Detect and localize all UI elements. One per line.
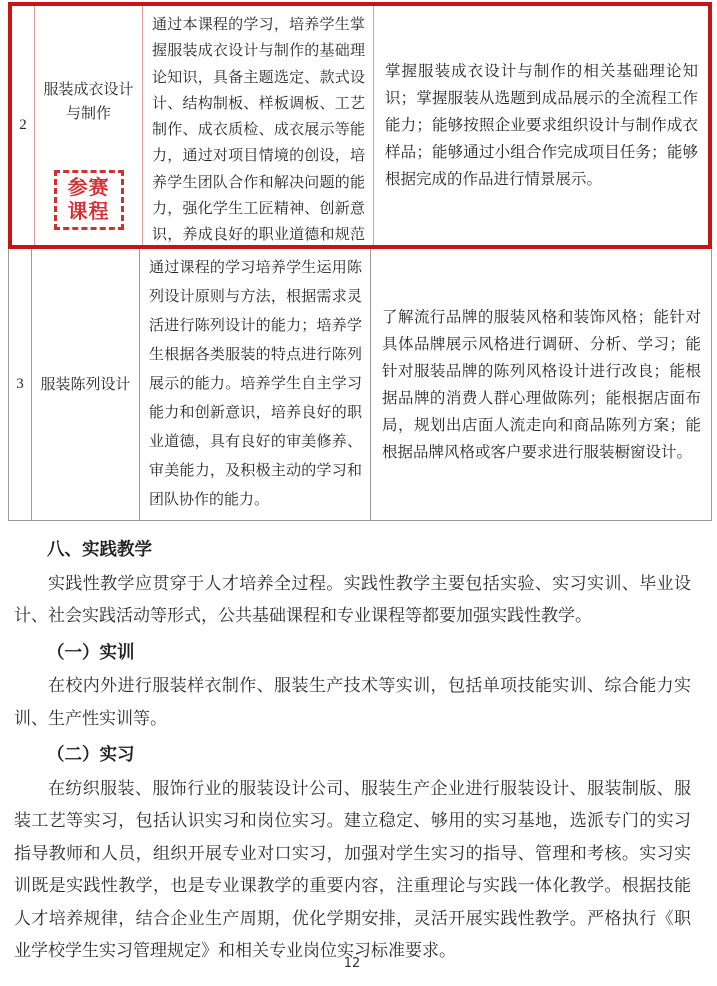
paragraph: 在校内外进行服装样衣制作、服装生产技术等实训，包括单项技能实训、综合能力实训、生…	[14, 670, 691, 735]
paragraph: 在纺织服装、服饰行业的服装设计公司、服装生产企业进行服装设计、服装制版、服装工艺…	[14, 773, 691, 968]
paragraph: 实践性教学应贯穿于人才培养全过程。实践性教学主要包括实验、实习实训、毕业设计、社…	[14, 568, 691, 633]
page-number: 12	[0, 956, 704, 971]
course-name-cell: 服装成衣设计与制作 参赛课程	[35, 6, 143, 245]
course-outcome-cell: 了解流行品牌的服装风格和装饰风格；能针对具体品牌展示风格进行调研、分析、学习；能…	[371, 249, 711, 520]
document-body: 八、实践教学 实践性教学应贯穿于人才培养全过程。实践性教学主要包括实验、实习实训…	[14, 530, 691, 970]
course-table: 2 服装成衣设计与制作 参赛课程 通过本课程的学习，培养学生掌握服装成衣设计与制…	[8, 2, 712, 521]
table-row-highlighted: 2 服装成衣设计与制作 参赛课程 通过本课程的学习，培养学生掌握服装成衣设计与制…	[8, 2, 712, 249]
section-heading: （一）实训	[14, 636, 691, 669]
course-name-cell: 服装陈列设计	[32, 249, 140, 520]
section-heading: （二）实习	[14, 738, 691, 771]
course-outcome: 了解流行品牌的服装风格和装饰风格；能针对具体品牌展示风格进行调研、分析、学习；能…	[382, 304, 701, 466]
course-name: 服装陈列设计	[36, 373, 134, 397]
section-heading: 八、实践教学	[14, 533, 691, 566]
course-description: 通过课程的学习培养学生运用陈列设计原则与方法，根据需求灵活进行陈列设计的能力；培…	[149, 254, 362, 515]
course-description: 通过本课程的学习，培养学生掌握服装成衣设计与制作的基础理论知识，具备主题选定、款…	[143, 6, 374, 245]
course-outcome-cell: 掌握服装成衣设计与制作的相关基础理论知识；掌握服装从选题到成品展示的全流程工作能…	[374, 6, 708, 245]
competition-course-badge: 参赛课程	[54, 170, 124, 230]
row-number: 3	[9, 249, 32, 520]
row-number: 2	[12, 6, 35, 245]
document-page: 2 服装成衣设计与制作 参赛课程 通过本课程的学习，培养学生掌握服装成衣设计与制…	[0, 0, 717, 986]
table-row: 3 服装陈列设计 通过课程的学习培养学生运用陈列设计原则与方法，根据需求灵活进行…	[8, 249, 712, 521]
course-name: 服装成衣设计与制作	[35, 78, 142, 126]
course-outcome: 掌握服装成衣设计与制作的相关基础理论知识；掌握服装从选题到成品展示的全流程工作能…	[385, 58, 698, 193]
course-description-cell: 通过课程的学习培养学生运用陈列设计原则与方法，根据需求灵活进行陈列设计的能力；培…	[140, 249, 371, 520]
